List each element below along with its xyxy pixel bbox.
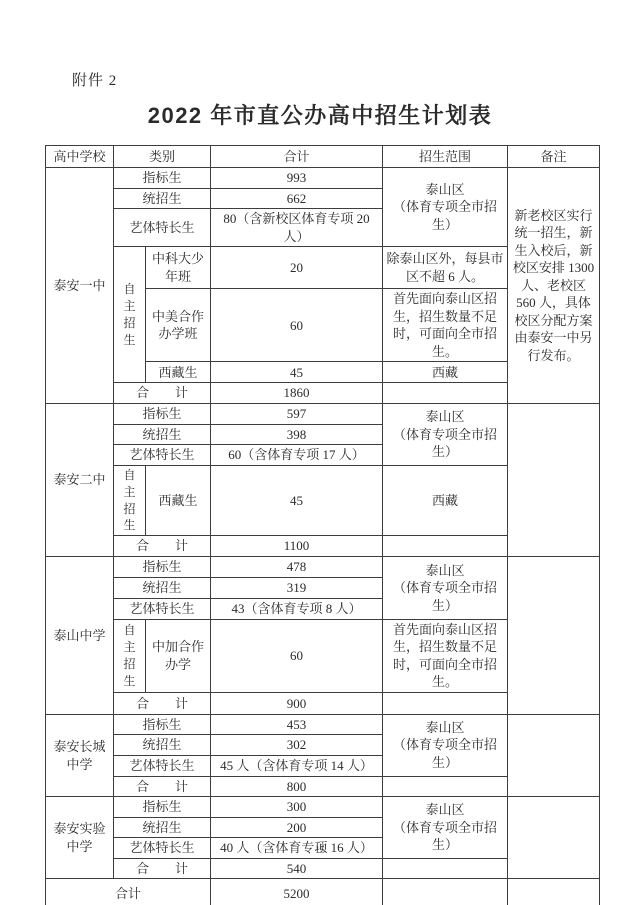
table-row: 泰安一中 指标生 993 泰山区 （体育专项全市招生） 新老校区实行统一招生，新… <box>46 168 600 189</box>
school-cell: 泰安二中 <box>46 403 114 556</box>
page-number: 15 <box>0 845 640 856</box>
scope-cell: 泰山区 （体育专项全市招生） <box>383 557 508 620</box>
category-cell: 艺体特长生 <box>114 209 211 247</box>
subtotal-value-cell: 800 <box>211 776 383 797</box>
total-cell: 45 <box>211 362 383 383</box>
total-cell: 45 <box>211 466 383 536</box>
enrollment-plan-table: 高中学校 类别 合计 招生范围 备注 泰安一中 指标生 993 泰山区 （体育专… <box>45 145 600 905</box>
total-cell: 60 <box>211 619 383 692</box>
total-cell: 80（含新校区体育专项 20 人） <box>211 209 383 247</box>
table-row: 泰安二中 指标生 597 泰山区 （体育专项全市招生） <box>46 403 600 424</box>
scope-cell: 泰山区 （体育专项全市招生） <box>383 714 508 776</box>
remark-cell <box>508 557 600 715</box>
school-cell: 泰山中学 <box>46 557 114 715</box>
total-cell: 60 <box>211 289 383 362</box>
scope-line1: 泰山区 <box>386 801 504 819</box>
remark-cell <box>508 714 600 796</box>
total-cell: 20 <box>211 247 383 289</box>
attachment-label: 附件 2 <box>72 69 117 90</box>
self-enroll-vertical-label: 自主招生 <box>114 619 146 692</box>
category-cell: 统招生 <box>114 578 211 599</box>
scope-line2: （体育专项全市招生） <box>386 736 504 771</box>
subtotal-value-cell: 1860 <box>211 383 383 404</box>
total-cell: 319 <box>211 578 383 599</box>
scope-cell <box>383 383 508 404</box>
total-cell: 60（含体育专项 17 人） <box>211 445 383 466</box>
grand-total-row: 合计 5200 <box>46 879 600 905</box>
scope-cell: 首先面向泰山区招生，招生数量不足时，可面向全市招生。 <box>383 289 508 362</box>
scope-line1: 泰山区 <box>386 181 504 199</box>
total-cell: 43（含体育专项 8 人） <box>211 598 383 619</box>
self-enroll-vertical-label: 自主招生 <box>114 247 146 383</box>
category-cell: 统招生 <box>114 817 211 838</box>
scope-line2: （体育专项全市招生） <box>386 579 504 614</box>
scope-line2: （体育专项全市招生） <box>386 426 504 461</box>
category-cell: 指标生 <box>114 557 211 578</box>
total-cell: 45 人（含体育专项 14 人） <box>211 756 383 777</box>
scope-cell: 泰山区 （体育专项全市招生） <box>383 403 508 465</box>
total-cell: 302 <box>211 735 383 756</box>
category-cell: 西藏生 <box>146 362 211 383</box>
grand-total-label-cell: 合计 <box>46 879 211 905</box>
total-cell: 478 <box>211 557 383 578</box>
remark-text: 新老校区实行统一招生，新生入校后，新校区安排 1300 人、老校区 560 人，… <box>511 207 596 365</box>
header-remark: 备注 <box>508 146 600 168</box>
subtotal-value-cell: 540 <box>211 858 383 879</box>
category-cell: 统招生 <box>114 735 211 756</box>
scope-cell <box>383 858 508 879</box>
remark-cell <box>508 403 600 556</box>
category-cell: 艺体特长生 <box>114 445 211 466</box>
category-cell: 艺体特长生 <box>114 598 211 619</box>
school-cell: 泰安实验中学 <box>46 797 114 879</box>
table-row: 泰山中学 指标生 478 泰山区 （体育专项全市招生） <box>46 557 600 578</box>
header-total: 合计 <box>211 146 383 168</box>
remark-cell <box>508 797 600 879</box>
scope-cell <box>383 536 508 557</box>
category-cell: 指标生 <box>114 403 211 424</box>
subtotal-value-cell: 1100 <box>211 536 383 557</box>
total-cell: 398 <box>211 424 383 445</box>
table-header-row: 高中学校 类别 合计 招生范围 备注 <box>46 146 600 168</box>
scope-cell: 西藏 <box>383 362 508 383</box>
scope-cell <box>383 879 508 905</box>
page-title: 2022 年市直公办高中招生计划表 <box>0 99 640 130</box>
total-cell: 453 <box>211 714 383 735</box>
category-cell: 指标生 <box>114 797 211 818</box>
school-cell: 泰安一中 <box>46 168 114 404</box>
subtotal-label-cell: 合 计 <box>114 536 211 557</box>
scope-cell: 除泰山区外，每县市区不超 6 人。 <box>383 247 508 289</box>
category-cell: 统招生 <box>114 424 211 445</box>
self-enroll-vertical-label: 自主招生 <box>114 466 146 536</box>
subtotal-label-cell: 合 计 <box>114 776 211 797</box>
header-category: 类别 <box>114 146 211 168</box>
category-cell: 中加合作办学 <box>146 619 211 692</box>
subtotal-value-cell: 900 <box>211 692 383 714</box>
total-cell: 662 <box>211 188 383 209</box>
subtotal-label-cell: 合 计 <box>114 858 211 879</box>
remark-cell <box>508 879 600 905</box>
header-school: 高中学校 <box>46 146 114 168</box>
scope-line2: （体育专项全市招生） <box>386 198 504 233</box>
table-row: 泰安实验中学 指标生 300 泰山区 （体育专项全市招生） <box>46 797 600 818</box>
category-cell: 西藏生 <box>146 466 211 536</box>
document-page: 附件 2 2022 年市直公办高中招生计划表 高中学校 类别 合计 招生范围 备… <box>0 0 640 905</box>
total-cell: 300 <box>211 797 383 818</box>
total-cell: 597 <box>211 403 383 424</box>
subtotal-label-cell: 合 计 <box>114 692 211 714</box>
scope-cell: 西藏 <box>383 466 508 536</box>
scope-line1: 泰山区 <box>386 719 504 737</box>
scope-cell: 首先面向泰山区招生，招生数量不足时，可面向全市招生。 <box>383 619 508 692</box>
grand-total-value-cell: 5200 <box>211 879 383 905</box>
school-cell: 泰安长城中学 <box>46 714 114 796</box>
header-scope: 招生范围 <box>383 146 508 168</box>
total-cell: 993 <box>211 168 383 189</box>
table-row: 泰安长城中学 指标生 453 泰山区 （体育专项全市招生） <box>46 714 600 735</box>
category-cell: 统招生 <box>114 188 211 209</box>
scope-line1: 泰山区 <box>386 562 504 580</box>
subtotal-label-cell: 合 计 <box>114 383 211 404</box>
scope-cell <box>383 692 508 714</box>
category-cell: 艺体特长生 <box>114 756 211 777</box>
remark-cell: 新老校区实行统一招生，新生入校后，新校区安排 1300 人、老校区 560 人，… <box>508 168 600 404</box>
category-cell: 中美合作办学班 <box>146 289 211 362</box>
category-cell: 指标生 <box>114 168 211 189</box>
total-cell: 200 <box>211 817 383 838</box>
scope-line1: 泰山区 <box>386 408 504 426</box>
scope-cell <box>383 776 508 797</box>
scope-cell: 泰山区 （体育专项全市招生） <box>383 168 508 247</box>
category-cell: 指标生 <box>114 714 211 735</box>
category-cell: 中科大少年班 <box>146 247 211 289</box>
